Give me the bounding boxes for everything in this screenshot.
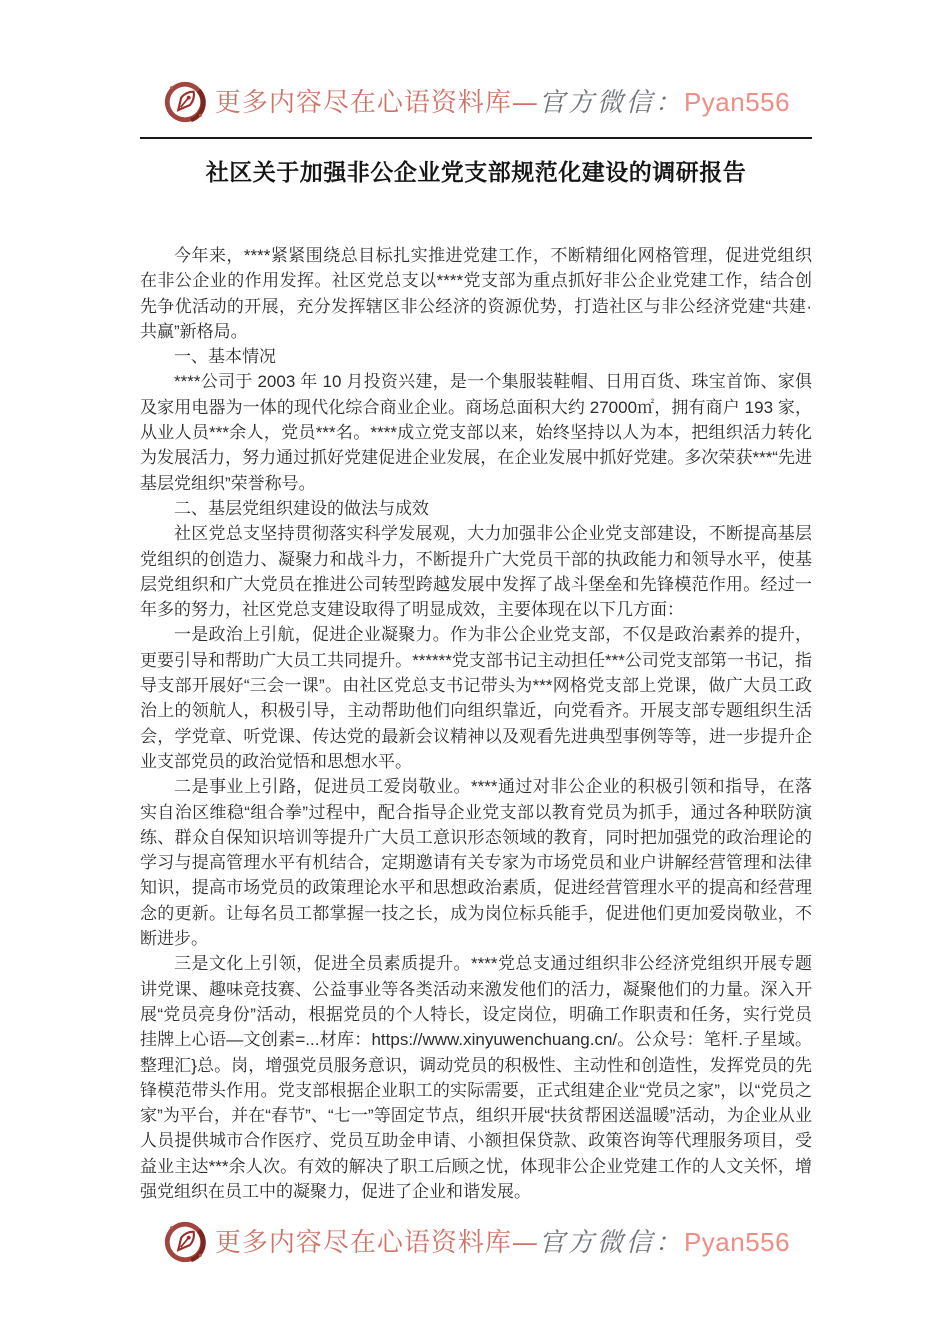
brand-slogan: 更多内容尽在心语资料库— — [215, 1228, 539, 1258]
section-heading-2: 二、基层党组织建设的做法与成效 — [140, 496, 812, 521]
document-title: 社区关于加强非公企业党支部规范化建设的调研报告 — [140, 155, 812, 189]
paragraph-point-1: 一是政治上引航，促进企业凝聚力。作为非公企业党支部，不仅是政治素养的提升，更要引… — [140, 622, 812, 774]
brand-slogan: 更多内容尽在心语资料库— — [215, 88, 539, 118]
pen-nib-circle-logo-icon — [162, 1219, 208, 1265]
brand-wechat-label: 官方微信： — [539, 88, 684, 118]
paragraph-basic-info: ****公司于 2003 年 10 月投资兴建，是一个集服装鞋帽、日用百货、珠宝… — [140, 369, 812, 495]
pen-nib-circle-logo-icon — [162, 79, 208, 125]
brand-wechat-account: Pyan556 — [684, 87, 790, 117]
paragraph-point-3: 三是文化上引领，促进全员素质提升。****党总支通过组织非公经济党组织开展专题讲… — [140, 951, 812, 1204]
header-divider — [140, 137, 812, 139]
paragraph-intro: 今年来，****紧紧围绕总目标扎实推进党建工作，不断精细化网格管理，促进党组织在… — [140, 243, 812, 344]
footer-branding: 更多内容尽在心语资料库—官方微信：Pyan556 — [140, 1218, 812, 1266]
document-body: 今年来，****紧紧围绕总目标扎实推进党建工作，不断精细化网格管理，促进党组织在… — [140, 243, 812, 1204]
footer-brand-text: 更多内容尽在心语资料库—官方微信：Pyan556 — [215, 1218, 790, 1267]
paragraph-overview: 社区党总支坚持贯彻落实科学发展观，大力加强非公企业党支部建设，不断提高基层党组织… — [140, 521, 812, 622]
header-brand-text: 更多内容尽在心语资料库—官方微信：Pyan556 — [215, 78, 790, 127]
paragraph-point-2: 二是事业上引路，促进员工爱岗敬业。****通过对非公企业的积极引领和指导，在落实… — [140, 774, 812, 951]
section-heading-1: 一、基本情况 — [140, 344, 812, 369]
document-page: 更多内容尽在心语资料库—官方微信：Pyan556 社区关于加强非公企业党支部规范… — [0, 0, 950, 1344]
header-branding: 更多内容尽在心语资料库—官方微信：Pyan556 — [140, 78, 812, 126]
brand-wechat-label: 官方微信： — [539, 1228, 684, 1258]
brand-wechat-account: Pyan556 — [684, 1227, 790, 1257]
